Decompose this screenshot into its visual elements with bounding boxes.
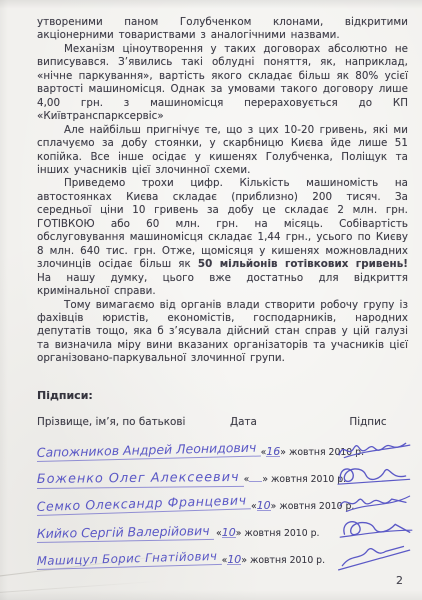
page-number: 2: [396, 574, 403, 587]
paragraph-3: Але найбільш пригнічує те, що з цих 10-2…: [37, 124, 408, 178]
handwritten-name: Машицул Борис Гнатійович: [37, 549, 222, 570]
signature-cell: [354, 490, 408, 516]
paragraph-4-bold-amount: 50 мільйонів готівкових гривень!: [198, 258, 408, 270]
date-cell: «10» жовтня 2010 р.: [216, 528, 328, 543]
signature-scribble-icon: [334, 463, 415, 491]
signature-table: Сапожников Андрей Леонидович «16» жовтня…: [37, 435, 408, 570]
signature-cell: [364, 436, 408, 462]
signature-scribble-icon: [334, 517, 415, 545]
signer-name-cell: Сапожников Андрей Леонидович: [37, 442, 261, 462]
signer-name-cell: Семко Олександр Францевич: [37, 496, 251, 516]
signer-name-cell: Кийко Сергій Валерійович: [37, 523, 216, 543]
signature-scribble-icon: [335, 490, 412, 518]
quote-close: »: [241, 555, 247, 566]
scanned-document-page: утвореними паном Голубченком клонами, ві…: [0, 0, 422, 600]
paragraph-4: Приведемо трохи цифр. Кількість машиномі…: [37, 177, 408, 298]
signature-row: Кийко Сергій Валерійович «10» жовтня 201…: [37, 516, 408, 543]
signature-scribble-icon: [335, 436, 412, 464]
paragraph-5: Тому вимагаємо від органів влади створит…: [37, 299, 408, 366]
quote-close: »: [236, 528, 242, 539]
signature-cell: [328, 517, 408, 543]
signer-name-cell: Машицул Борис Гнатійович: [37, 550, 222, 570]
document-body: утвореними паном Голубченком клонами, ві…: [37, 16, 408, 570]
handwritten-day: 10: [227, 555, 241, 565]
signature-row: Сапожников Андрей Леонидович «16» жовтня…: [37, 435, 408, 462]
paragraph-4-text-after: На нашу думку, цього вже достатньо для в…: [37, 272, 408, 297]
quote-open: «: [244, 474, 250, 485]
header-name-column: Прізвище, ім’я, по батькові: [37, 416, 216, 428]
handwritten-day: [249, 481, 262, 482]
handwritten-day: 16: [266, 447, 280, 457]
signature-row: Боженко Олег Алексеевич «» жовтня 2010 р…: [37, 462, 408, 489]
signature-cell: [346, 463, 408, 489]
paper-crease: [0, 581, 160, 595]
quote-close: »: [262, 474, 268, 485]
header-date-column: Дата: [216, 416, 328, 428]
signer-name-cell: Боженко Олег Алексеевич: [37, 468, 244, 489]
paragraph-1: утвореними паном Голубченком клонами, ві…: [37, 16, 408, 43]
paragraph-2: Механізм ціноутворення у таких договорах…: [37, 43, 408, 124]
signature-cell: [330, 544, 408, 570]
handwritten-name: Семко Олександр Францевич: [36, 492, 250, 516]
signature-scribble-icon: [335, 544, 412, 572]
header-signature-column: Підпис: [328, 416, 408, 428]
signature-row: Семко Олександр Францевич «10» жовтня 20…: [37, 489, 408, 516]
signatures-heading: Підписи:: [37, 389, 408, 402]
handwritten-name: Боженко Олег Алексеевич: [37, 470, 244, 489]
quote-close: »: [271, 501, 277, 512]
date-text: жовтня 2010 р.: [250, 555, 325, 566]
paragraph-4-text: Приведемо трохи цифр. Кількість машиномі…: [37, 177, 408, 270]
date-text: жовтня 2010 р.: [244, 528, 319, 539]
signature-row: Машицул Борис Гнатійович «10» жовтня 201…: [37, 543, 408, 570]
date-cell: «10» жовтня 2010 р.: [222, 555, 331, 570]
handwritten-name: Сапожников Андрей Леонидович: [37, 439, 261, 461]
date-cell: «» жовтня 2010 р.: [244, 474, 346, 489]
handwritten-name: Кийко Сергій Валерійович: [37, 523, 214, 543]
signature-table-header: Прізвище, ім’я, по батькові Дата Підпис: [37, 416, 408, 428]
handwritten-day: 10: [257, 501, 271, 511]
handwritten-day: 10: [222, 528, 236, 538]
quote-close: »: [280, 447, 286, 458]
